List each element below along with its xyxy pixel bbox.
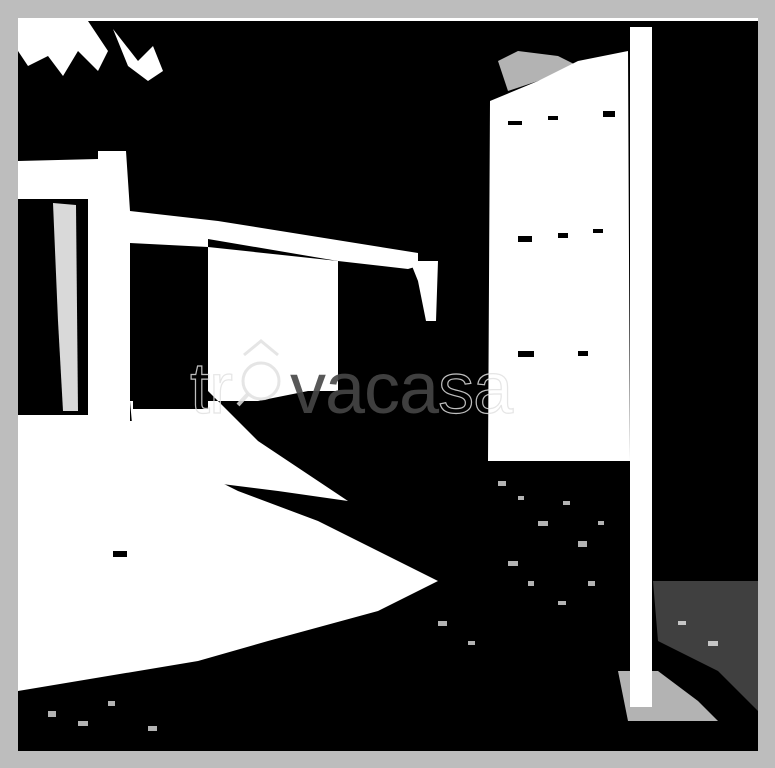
- photo-content: [18, 21, 758, 751]
- listing-photo[interactable]: tr vacasa: [18, 21, 758, 751]
- photo-frame: tr vacasa: [18, 18, 758, 751]
